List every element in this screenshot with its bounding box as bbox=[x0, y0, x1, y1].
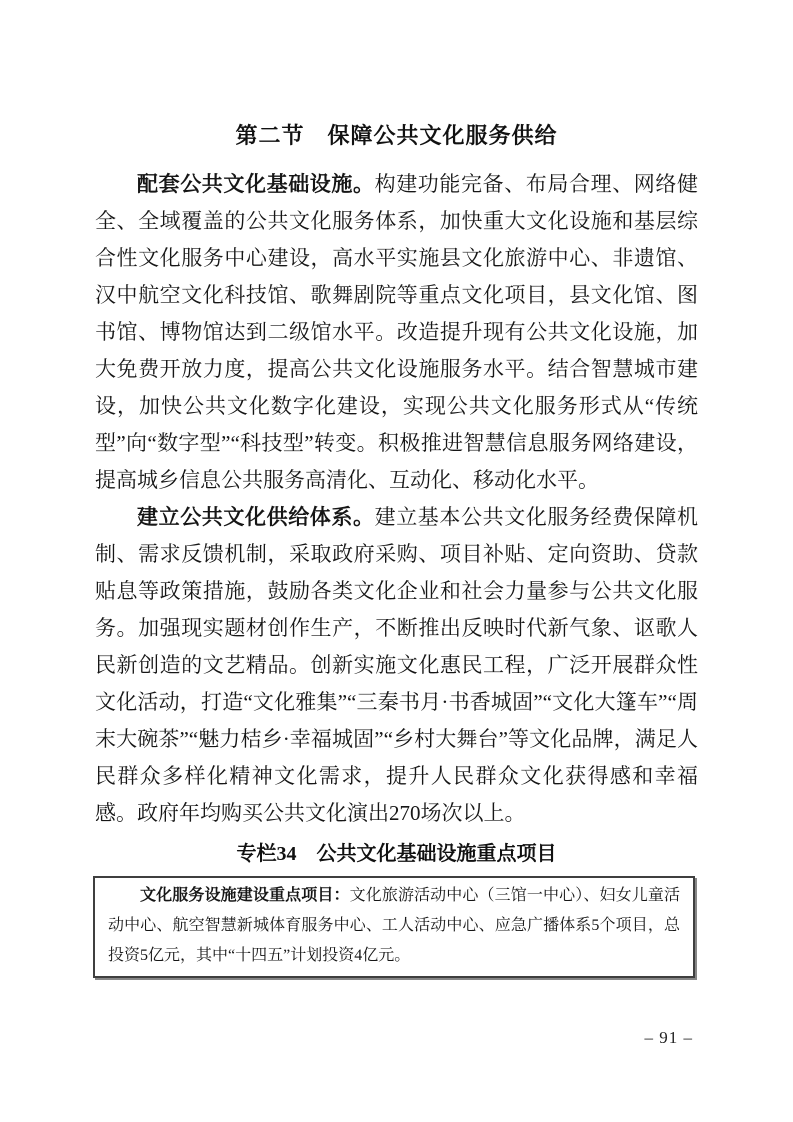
paragraph-body: 构建功能完备、布局合理、网络健全、全域覆盖的公共文化服务体系，加快重大文化设施和… bbox=[95, 172, 698, 492]
page-number: – 91 – bbox=[645, 1027, 694, 1049]
callout-title: 专栏34 公共文化基础设施重点项目 bbox=[95, 839, 698, 869]
section-title: 第二节 保障公共文化服务供给 bbox=[95, 0, 698, 151]
callout-paragraph: 文化服务设施建设重点项目：文化旅游活动中心（三馆一中心）、妇女儿童活动中心、航空… bbox=[108, 881, 680, 971]
paragraph-body: 建立基本公共文化服务经费保障机制、需求反馈机制，采取政府采购、项目补贴、定向资助… bbox=[95, 505, 698, 825]
paragraph: 配套公共文化基础设施。构建功能完备、布局合理、网络健全、全域覆盖的公共文化服务体… bbox=[95, 166, 698, 499]
document-page: 第二节 保障公共文化服务供给 配套公共文化基础设施。构建功能完备、布局合理、网络… bbox=[0, 0, 793, 1122]
paragraph: 建立公共文化供给体系。建立基本公共文化服务经费保障机制、需求反馈机制，采取政府采… bbox=[95, 499, 698, 832]
text-column: 第二节 保障公共文化服务供给 配套公共文化基础设施。构建功能完备、布局合理、网络… bbox=[95, 0, 698, 978]
paragraph-lead: 配套公共文化基础设施。 bbox=[137, 172, 375, 196]
callout-lead: 文化服务设施建设重点项目： bbox=[140, 887, 350, 904]
paragraph-lead: 建立公共文化供给体系。 bbox=[137, 505, 375, 529]
callout-box: 文化服务设施建设重点项目：文化旅游活动中心（三馆一中心）、妇女儿童活动中心、航空… bbox=[93, 876, 695, 978]
